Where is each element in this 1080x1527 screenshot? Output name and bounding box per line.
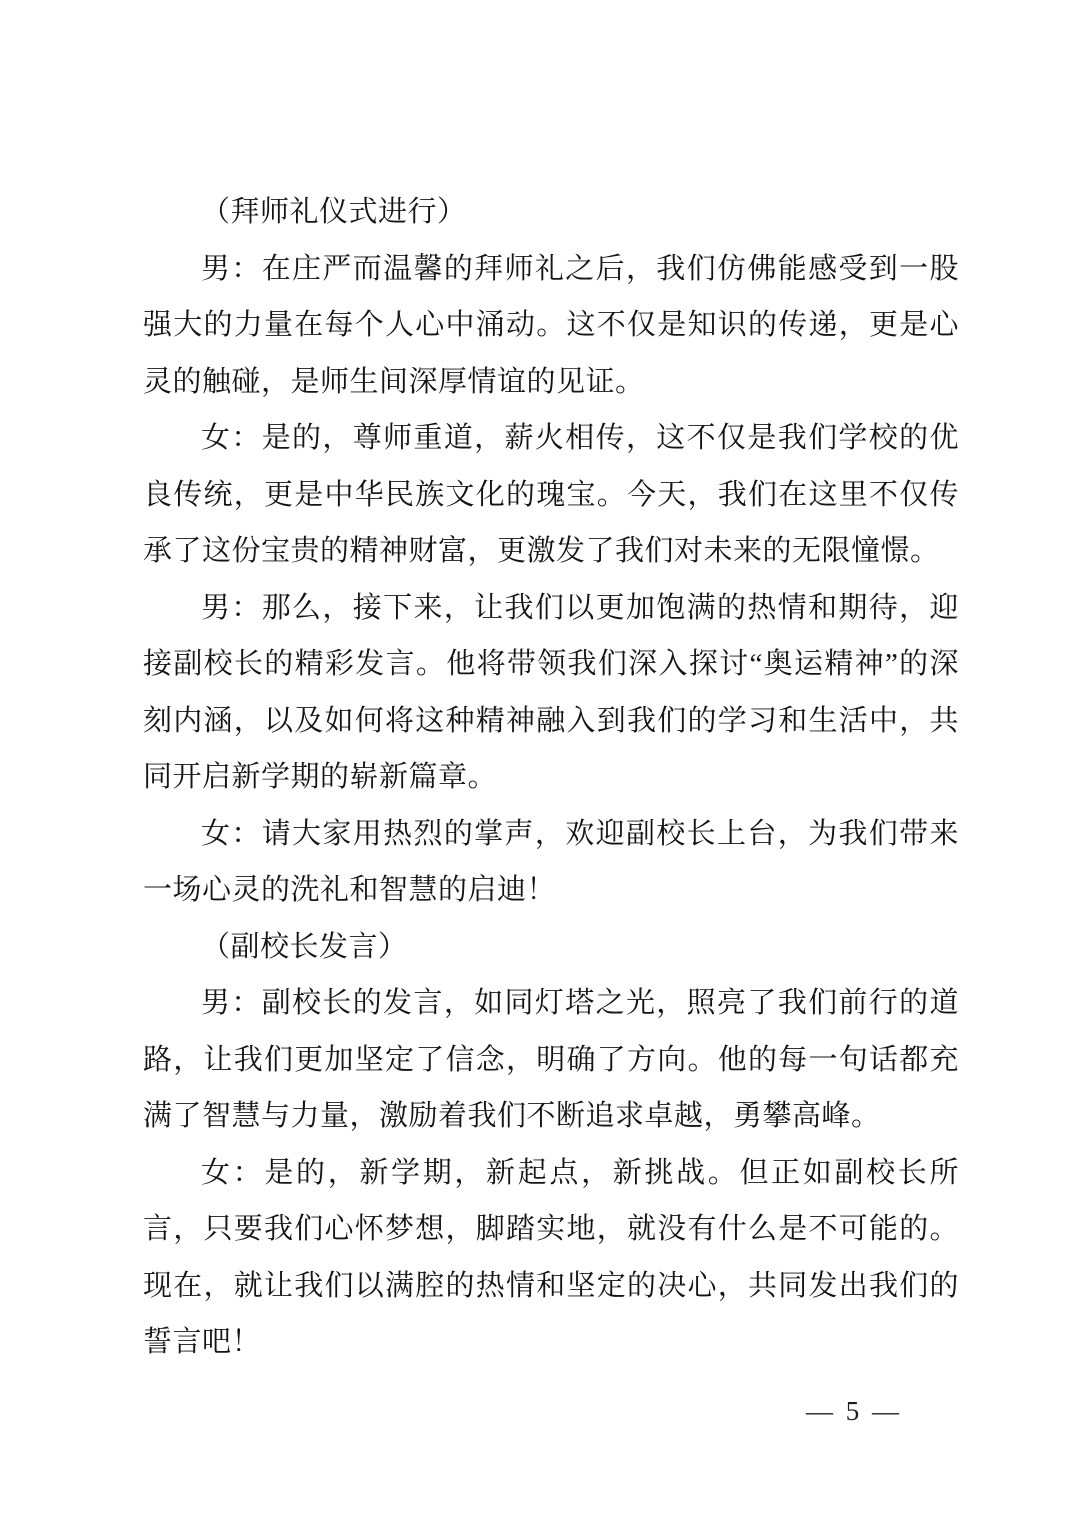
dialogue-paragraph-female: 女：请大家用热烈的掌声，欢迎副校长上台，为我们带来一场心灵的洗礼和智慧的启迪！ xyxy=(143,806,959,919)
document-page: （拜师礼仪式进行） 男：在庄严而温馨的拜师礼之后，我们仿佛能感受到一股强大的力量… xyxy=(0,0,1080,1527)
page-number: — 5 — xyxy=(806,1396,902,1427)
dialogue-paragraph-male: 男：在庄严而温馨的拜师礼之后，我们仿佛能感受到一股强大的力量在每个人心中涌动。这… xyxy=(143,241,959,411)
dialogue-paragraph-male: 男：副校长的发言，如同灯塔之光，照亮了我们前行的道路，让我们更加坚定了信念，明确… xyxy=(143,975,959,1145)
stage-direction: （副校长发言） xyxy=(143,919,959,976)
dialogue-paragraph-female: 女：是的，新学期，新起点，新挑战。但正如副校长所言，只要我们心怀梦想，脚踏实地，… xyxy=(143,1145,959,1371)
dialogue-paragraph-male: 男：那么，接下来，让我们以更加饱满的热情和期待，迎接副校长的精彩发言。他将带领我… xyxy=(143,580,959,806)
document-body: （拜师礼仪式进行） 男：在庄严而温馨的拜师礼之后，我们仿佛能感受到一股强大的力量… xyxy=(143,184,959,1371)
dialogue-paragraph-female: 女：是的，尊师重道，薪火相传，这不仅是我们学校的优良传统，更是中华民族文化的瑰宝… xyxy=(143,410,959,580)
stage-direction: （拜师礼仪式进行） xyxy=(143,184,959,241)
